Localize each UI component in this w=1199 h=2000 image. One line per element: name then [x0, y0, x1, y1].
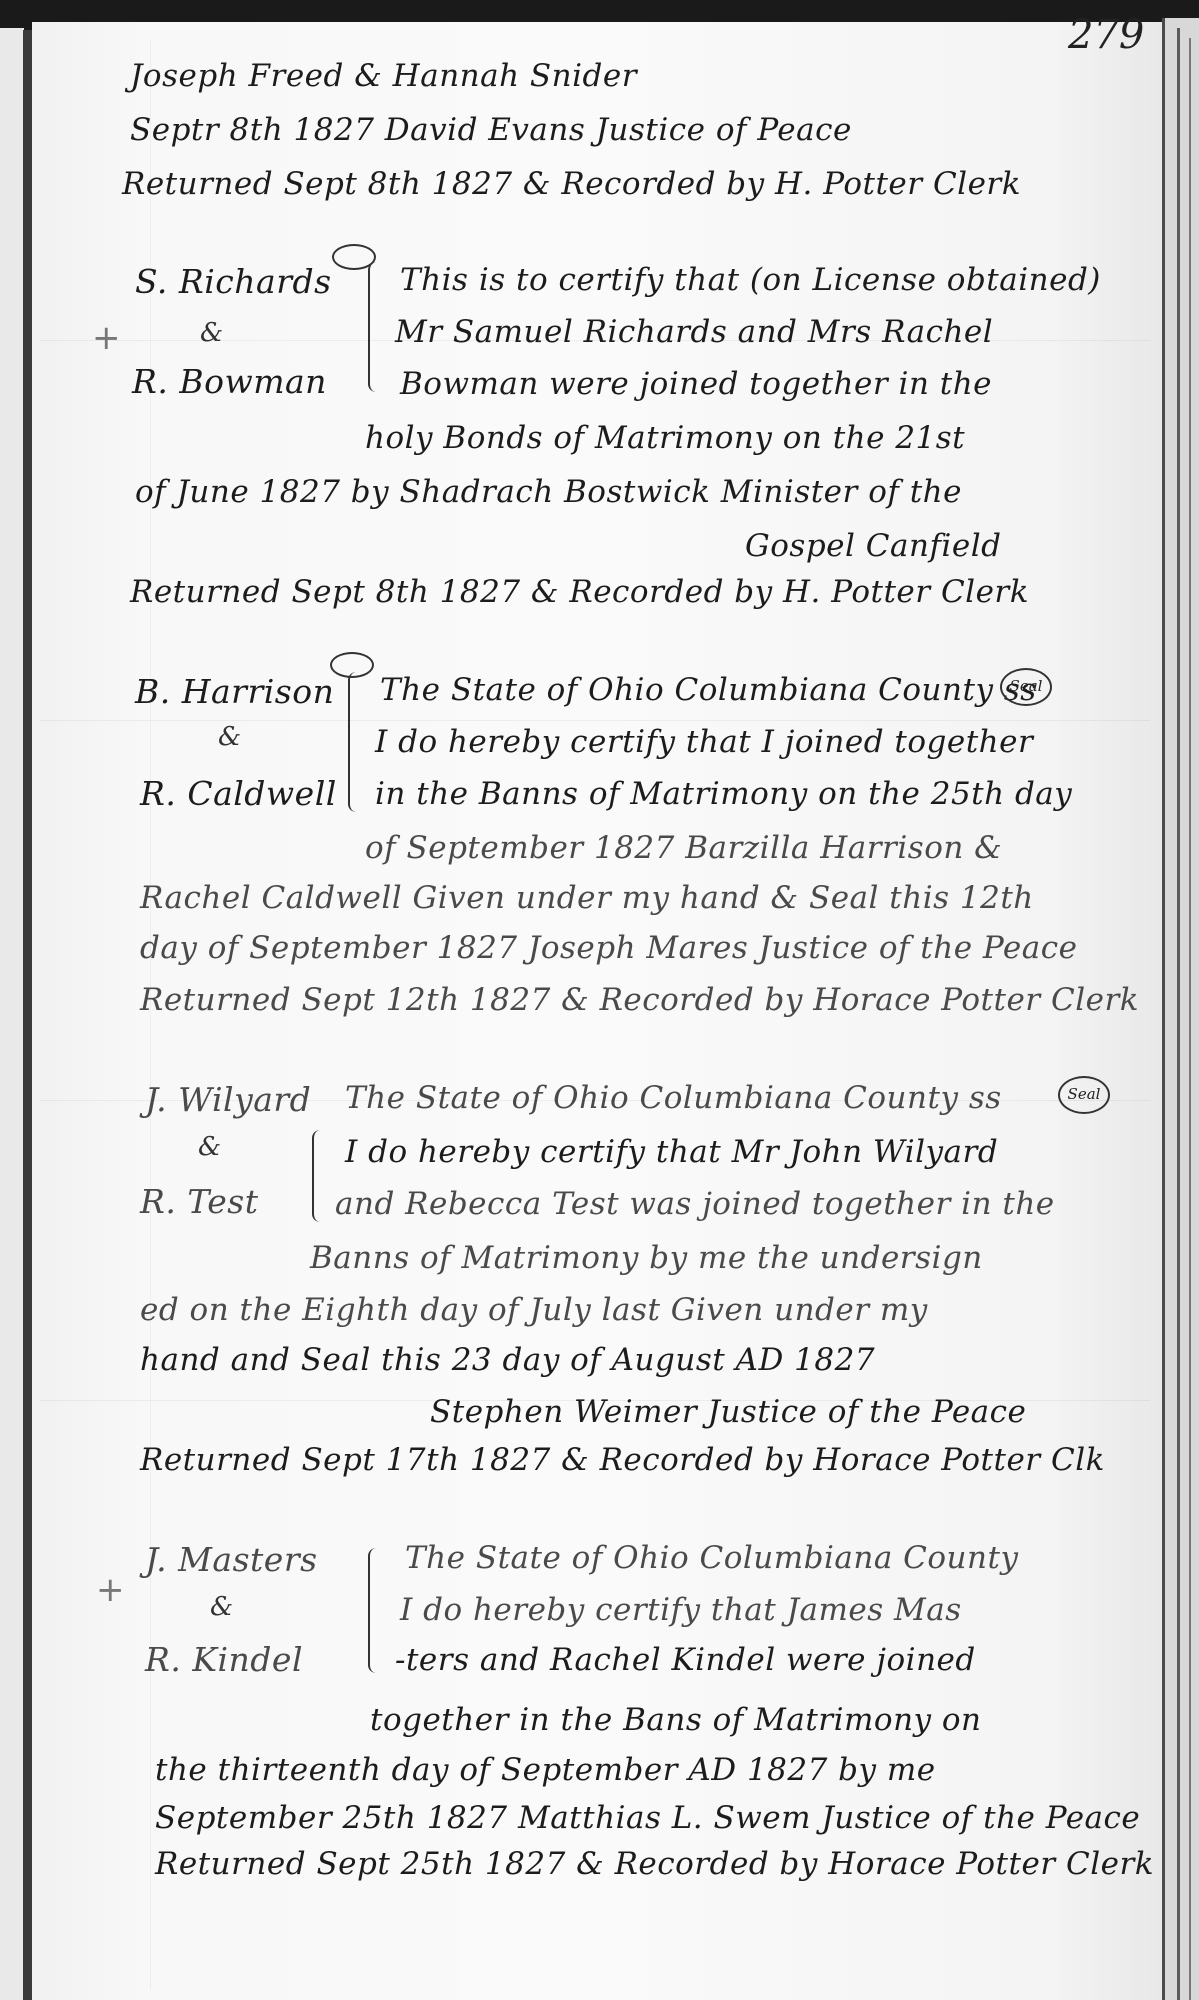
brace	[368, 1548, 384, 1673]
entry-line: -ters and Rachel Kindel were joined	[395, 1642, 976, 1678]
bride-short-name: R. Test	[140, 1182, 259, 1221]
entry-line: The State of Ohio Columbiana County ss	[345, 1080, 1002, 1116]
entry-line: I do hereby certify that James Mas	[400, 1592, 962, 1628]
groom-short-name: B. Harrison	[135, 672, 334, 711]
entry-line: of June 1827 by Shadrach Bostwick Minist…	[135, 474, 962, 510]
entry-line: I do hereby certify that Mr John Wilyard	[345, 1134, 998, 1170]
entry-line: Bowman were joined together in the	[400, 366, 992, 402]
seal-mark: Seal	[1000, 668, 1052, 706]
entry-line: Mr Samuel Richards and Mrs Rachel	[395, 314, 993, 350]
entry-line: I do hereby certify that I joined togeth…	[375, 724, 1033, 760]
connector: &	[210, 1592, 233, 1622]
groom-short-name: J. Wilyard	[145, 1080, 311, 1119]
entry-line: This is to certify that (on License obta…	[400, 262, 1101, 298]
entry-line: The State of Ohio Columbiana County	[405, 1540, 1018, 1576]
entry-line: Banns of Matrimony by me the undersign	[310, 1240, 983, 1276]
entry-line: the thirteenth day of September AD 1827 …	[155, 1752, 936, 1788]
entry-line: Returned Sept 8th 1827 & Recorded by H. …	[130, 574, 1029, 610]
entry-line: holy Bonds of Matrimony on the 21st	[365, 420, 965, 456]
connector: &	[198, 1132, 221, 1162]
brace	[312, 1130, 328, 1222]
entry-line: day of September 1827 Joseph Mares Justi…	[140, 930, 1077, 966]
entry-line: Rachel Caldwell Given under my hand & Se…	[140, 880, 1034, 916]
book-binding	[23, 30, 32, 2000]
entry-line: Returned Sept 8th 1827 & Recorded by H. …	[122, 166, 1021, 202]
entry-line: Returned Sept 25th 1827 & Recorded by Ho…	[155, 1846, 1154, 1882]
bride-short-name: R. Caldwell	[140, 774, 337, 813]
margin-cross-mark: +	[96, 1570, 125, 1610]
connector: &	[218, 722, 241, 752]
bride-short-name: R. Kindel	[145, 1640, 303, 1679]
entry-line: ed on the Eighth day of July last Given …	[140, 1292, 928, 1328]
groom-short-name: S. Richards	[135, 262, 332, 301]
entry-line: Returned Sept 17th 1827 & Recorded by Ho…	[140, 1442, 1105, 1478]
ruled-line	[40, 720, 1150, 721]
connector: &	[200, 318, 223, 348]
page-number: 279	[1068, 12, 1144, 58]
brace	[368, 262, 384, 392]
entry-line: September 25th 1827 Matthias L. Swem Jus…	[155, 1800, 1140, 1836]
entry-line: Gospel Canfield	[745, 528, 1001, 564]
entry-line: of September 1827 Barzilla Harrison &	[365, 830, 1002, 866]
bride-short-name: R. Bowman	[132, 362, 327, 401]
groom-short-name: J. Masters	[145, 1540, 318, 1579]
entry-line: Stephen Weimer Justice of the Peace	[430, 1394, 1026, 1430]
facing-page-edge	[0, 28, 24, 2000]
entry-line: hand and Seal this 23 day of August AD 1…	[140, 1342, 875, 1378]
entry-line: The State of Ohio Columbiana County ss	[380, 672, 1037, 708]
page-stack-edges	[1162, 18, 1199, 2000]
entry-line: Septr 8th 1827 David Evans Justice of Pe…	[130, 112, 852, 148]
margin-cross-mark: +	[92, 318, 121, 358]
entry-line: in the Banns of Matrimony on the 25th da…	[375, 776, 1072, 812]
entry-line: Returned Sept 12th 1827 & Recorded by Ho…	[140, 982, 1139, 1018]
brace	[348, 672, 364, 812]
seal-mark: Seal	[1058, 1076, 1110, 1114]
entry-line: Joseph Freed & Hannah Snider	[130, 58, 637, 94]
entry-line: together in the Bans of Matrimony on	[370, 1702, 982, 1738]
entry-line: and Rebecca Test was joined together in …	[335, 1186, 1055, 1222]
